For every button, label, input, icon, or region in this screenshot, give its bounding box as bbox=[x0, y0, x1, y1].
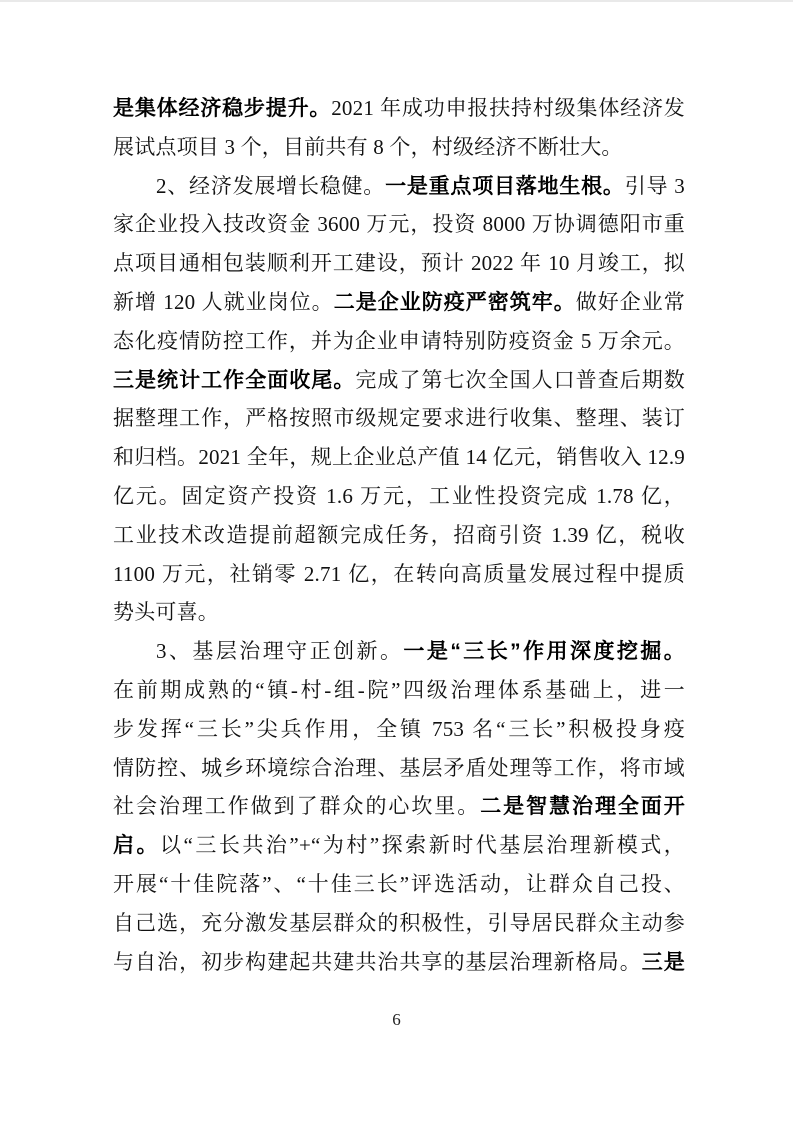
text-run: 家企业投入技改资金 3600 万元，投资 8000 万协调德阳市重 bbox=[113, 212, 685, 236]
text-line: 据整理工作，严格按照市级规定要求进行收集、整理、装订 bbox=[113, 399, 685, 438]
text-run: 势头可喜。 bbox=[113, 600, 219, 624]
text-line: 2、经济发展增长稳健。一是重点项目落地生根。引导 3 bbox=[113, 167, 685, 206]
text-line: 新增 120 人就业岗位。二是企业防疫严密筑牢。做好企业常 bbox=[113, 283, 685, 322]
page-number: 6 bbox=[0, 1006, 793, 1034]
bold-text-run: 二是智慧治理全面开 bbox=[480, 795, 685, 818]
bold-text-run: 三是统计工作全面收尾。 bbox=[113, 369, 355, 392]
bold-text-run: 是集体经济稳步提升。 bbox=[113, 97, 331, 120]
text-run: 点项目通相包装顺利开工建设，预计 2022 年 10 月竣工，拟 bbox=[113, 251, 685, 275]
text-line: 与自治，初步构建起共建共治共享的基层治理新格局。三是 bbox=[113, 943, 685, 982]
text-run: 以“三长共治”+“为村”探索新时代基层治理新模式， bbox=[160, 833, 685, 857]
text-line: 展试点项目 3 个，目前共有 8 个，村级经济不断壮大。 bbox=[113, 128, 685, 167]
text-run: 引导 3 bbox=[625, 174, 685, 198]
text-line: 3、基层治理守正创新。一是“三长”作用深度挖掘。 bbox=[113, 632, 685, 671]
text-line: 步发挥“三长”尖兵作用，全镇 753 名“三长”积极投身疫 bbox=[113, 710, 685, 749]
text-run: 与自治，初步构建起共建共治共享的基层治理新格局。 bbox=[113, 950, 642, 974]
bold-text-run: 启。 bbox=[113, 834, 160, 857]
text-run: 1100 万元，社销零 2.71 亿，在转向高质量发展过程中提质 bbox=[113, 562, 685, 586]
text-line: 自己选，充分激发基层群众的积极性，引导居民群众主动参 bbox=[113, 904, 685, 943]
bold-text-run: 三是 bbox=[642, 951, 685, 974]
text-run: 社会治理工作做到了群众的心坎里。 bbox=[113, 794, 480, 818]
text-run: 新增 120 人就业岗位。 bbox=[113, 290, 334, 314]
scan-artifact-line bbox=[0, 0, 793, 2]
text-line: 和归档。2021 全年，规上企业总产值 14 亿元，销售收入 12.9 bbox=[113, 438, 685, 477]
text-line: 三是统计工作全面收尾。完成了第七次全国人口普查后期数 bbox=[113, 361, 685, 400]
text-line: 态化疫情防控工作，并为企业申请特别防疫资金 5 万余元。 bbox=[113, 322, 685, 361]
text-line: 启。以“三长共治”+“为村”探索新时代基层治理新模式， bbox=[113, 826, 685, 865]
text-run: 做好企业常 bbox=[576, 290, 685, 314]
text-run: 据整理工作，严格按照市级规定要求进行收集、整理、装订 bbox=[113, 406, 685, 430]
text-run: 完成了第七次全国人口普查后期数 bbox=[355, 368, 685, 392]
text-line: 在前期成熟的“镇-村-组-院”四级治理体系基础上，进一 bbox=[113, 671, 685, 710]
text-run: 工业技术改造提前超额完成任务，招商引资 1.39 亿，税收 bbox=[113, 523, 685, 547]
text-run: 态化疫情防控工作，并为企业申请特别防疫资金 5 万余元。 bbox=[113, 329, 685, 353]
text-line: 点项目通相包装顺利开工建设，预计 2022 年 10 月竣工，拟 bbox=[113, 244, 685, 283]
text-run: 3、基层治理守正创新。 bbox=[156, 639, 403, 663]
text-line: 工业技术改造提前超额完成任务，招商引资 1.39 亿，税收 bbox=[113, 516, 685, 555]
document-page: 是集体经济稳步提升。2021 年成功申报扶持村级集体经济发展试点项目 3 个，目… bbox=[0, 0, 793, 1122]
text-line: 1100 万元，社销零 2.71 亿，在转向高质量发展过程中提质 bbox=[113, 555, 685, 594]
text-run: 在前期成熟的“镇-村-组-院”四级治理体系基础上，进一 bbox=[113, 678, 685, 702]
text-run: 展试点项目 3 个，目前共有 8 个，村级经济不断壮大。 bbox=[113, 135, 623, 159]
text-line: 是集体经济稳步提升。2021 年成功申报扶持村级集体经济发 bbox=[113, 89, 685, 128]
bold-text-run: 一是“三长”作用深度挖掘。 bbox=[403, 640, 685, 663]
text-run: 亿元。固定资产投资 1.6 万元，工业性投资完成 1.78 亿， bbox=[113, 484, 685, 508]
document-body: 是集体经济稳步提升。2021 年成功申报扶持村级集体经济发展试点项目 3 个，目… bbox=[113, 89, 685, 981]
text-line: 亿元。固定资产投资 1.6 万元，工业性投资完成 1.78 亿， bbox=[113, 477, 685, 516]
text-line: 家企业投入技改资金 3600 万元，投资 8000 万协调德阳市重 bbox=[113, 205, 685, 244]
text-run: 情防控、城乡环境综合治理、基层矛盾处理等工作，将市域 bbox=[113, 756, 685, 780]
bold-text-run: 二是企业防疫严密筑牢。 bbox=[334, 291, 576, 314]
text-run: 开展“十佳院落”、“十佳三长”评选活动，让群众自己投、 bbox=[113, 872, 685, 896]
text-run: 和归档。2021 全年，规上企业总产值 14 亿元，销售收入 12.9 bbox=[113, 445, 685, 469]
text-run: 步发挥“三长”尖兵作用，全镇 753 名“三长”积极投身疫 bbox=[113, 717, 685, 741]
text-line: 社会治理工作做到了群众的心坎里。二是智慧治理全面开 bbox=[113, 787, 685, 826]
text-run: 自己选，充分激发基层群众的积极性，引导居民群众主动参 bbox=[113, 911, 685, 935]
text-run: 2、经济发展增长稳健。 bbox=[156, 174, 385, 198]
text-line: 势头可喜。 bbox=[113, 593, 685, 632]
text-line: 情防控、城乡环境综合治理、基层矛盾处理等工作，将市域 bbox=[113, 749, 685, 788]
text-line: 开展“十佳院落”、“十佳三长”评选活动，让群众自己投、 bbox=[113, 865, 685, 904]
bold-text-run: 一是重点项目落地生根。 bbox=[385, 175, 625, 198]
text-run: 2021 年成功申报扶持村级集体经济发 bbox=[331, 96, 685, 120]
